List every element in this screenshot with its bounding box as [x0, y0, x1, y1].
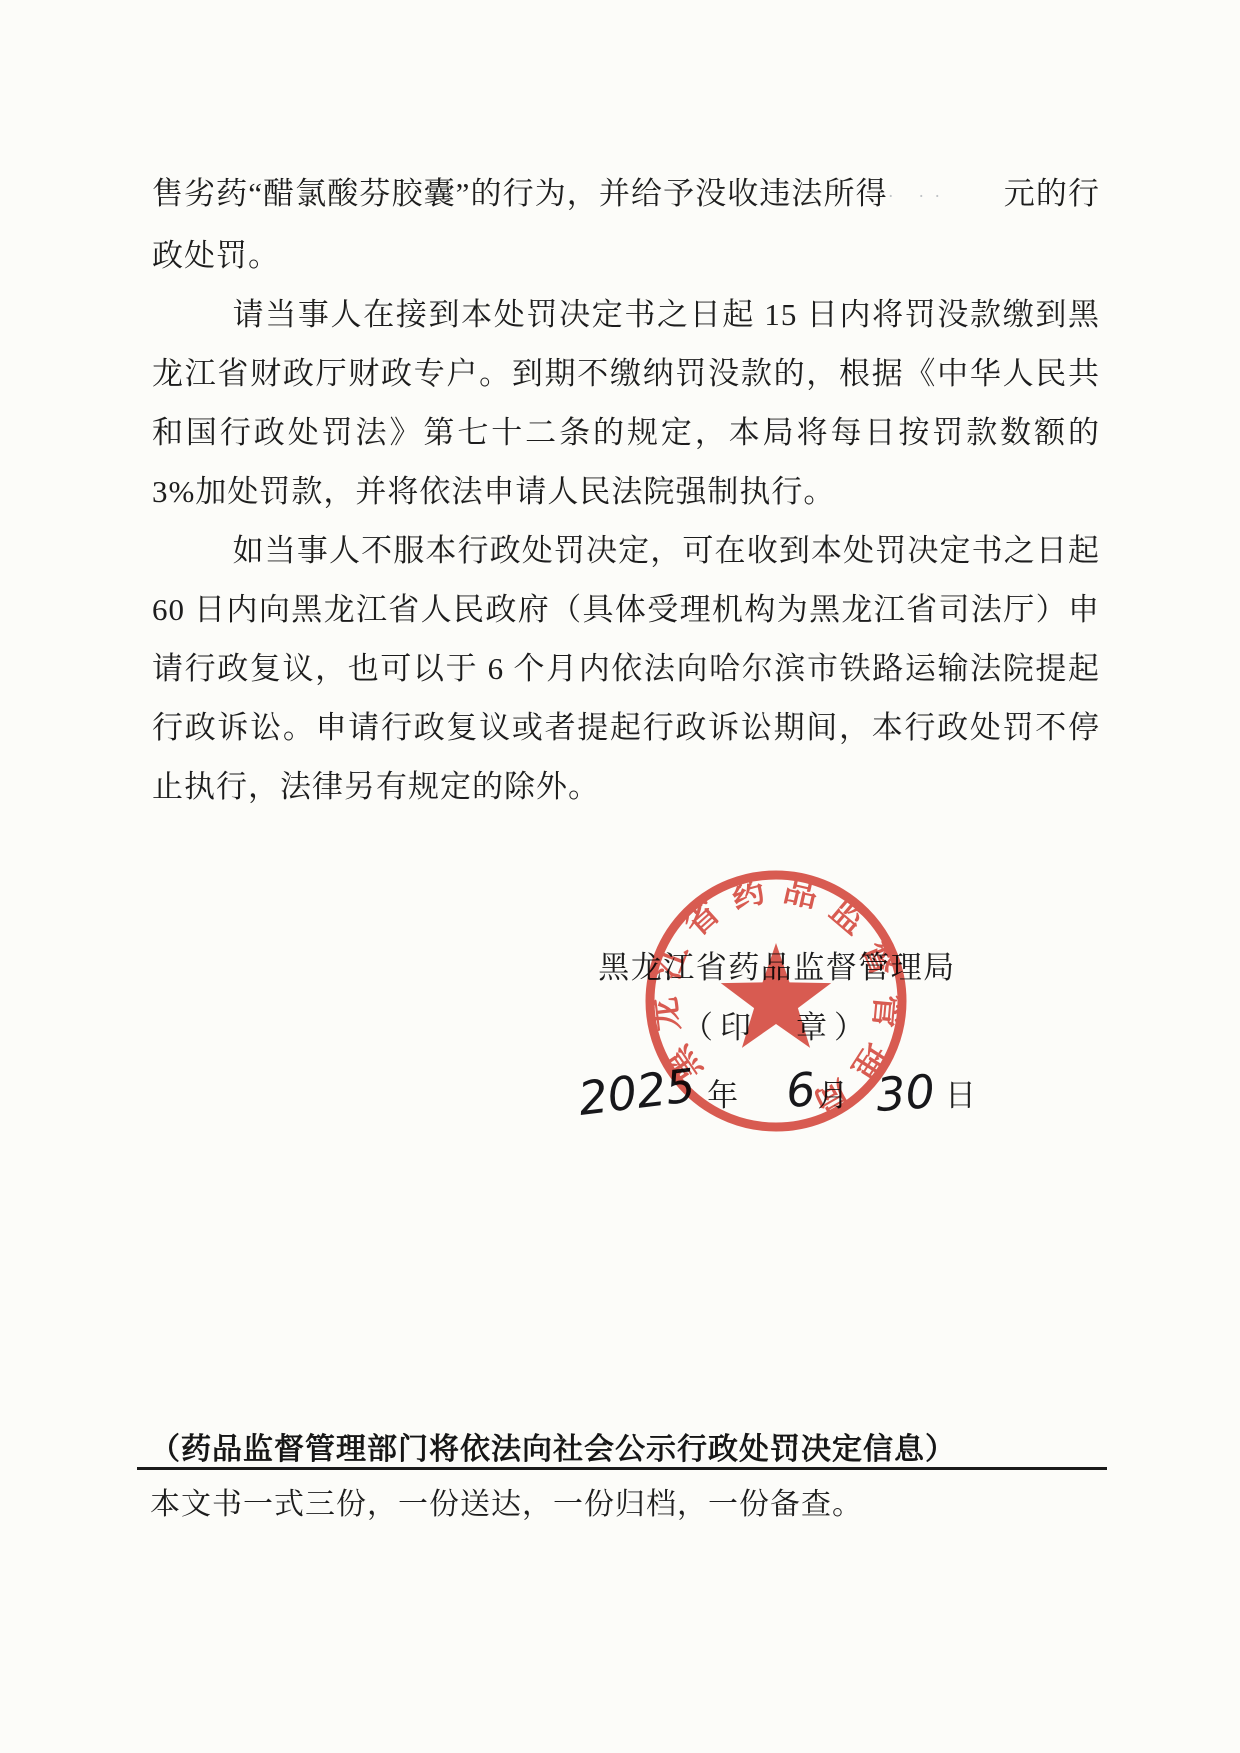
disclosure-note: （药品监督管理部门将依法向社会公示行政处罚决定信息）	[150, 1424, 1110, 1468]
day-label: 日	[945, 1070, 976, 1115]
body-text-block: 售劣药“醋氯酸芬胶囊”的行为，并给予没收违法所得· ··元的行政处罚。 请当事人…	[152, 164, 1100, 816]
penalty-statement-text: 售劣药“醋氯酸芬胶囊”的行为，并给予没收违法所得	[152, 176, 888, 211]
seal-star-icon	[721, 943, 831, 1048]
paragraph-penalty-statement: 售劣药“醋氯酸芬胶囊”的行为，并给予没收违法所得· ··元的行政处罚。	[152, 164, 1100, 285]
paragraph-appeal-rights: 如当事人不服本行政处罚决定，可在收到本处罚决定书之日起 60 日内向黑龙江省人民…	[152, 521, 1100, 816]
footer-divider	[137, 1467, 1107, 1470]
paragraph-payment-instructions: 请当事人在接到本处罚决定书之日起 15 日内将罚没款缴到黑龙江省财政厅财政专户。…	[152, 285, 1100, 521]
redacted-amount: · ··	[888, 167, 1004, 226]
copies-note: 本文书一式三份，一份送达，一份归档，一份备查。	[150, 1479, 1110, 1523]
scanned-penalty-decision-page: 售劣药“醋氯酸芬胶囊”的行为，并给予没收违法所得· ··元的行政处罚。 请当事人…	[0, 0, 1240, 1753]
official-red-seal: 黑龙江省药品监督管理局	[626, 851, 926, 1151]
